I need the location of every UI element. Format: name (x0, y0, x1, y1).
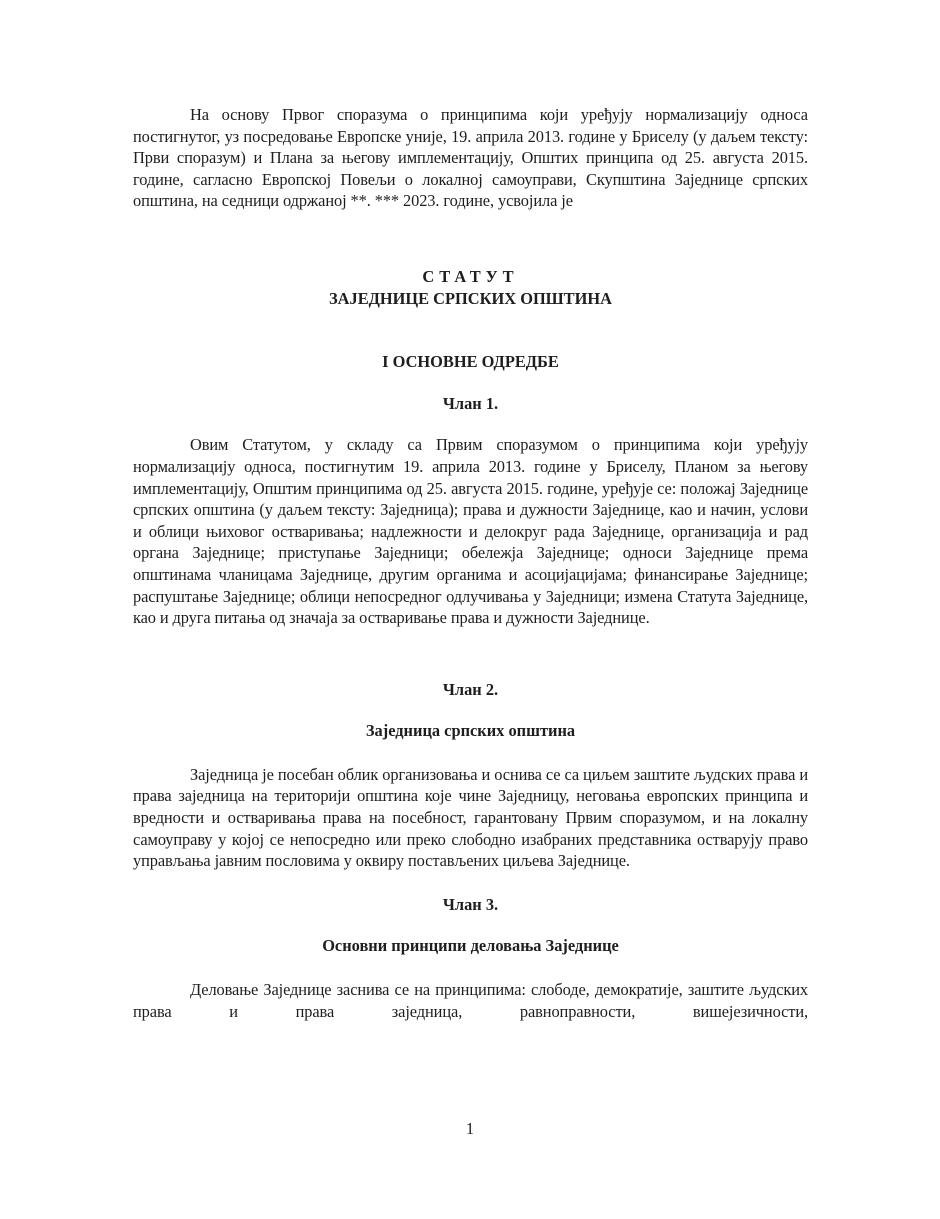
statute-subtitle: ЗАЈЕДНИЦЕ СРПСКИХ ОПШТИНА (133, 288, 808, 310)
article-1-text: Овим Статутом, у складу са Првим споразу… (133, 434, 808, 628)
article-2-number: Члан 2. (133, 679, 808, 701)
section-heading: I ОСНОВНЕ ОДРЕДБЕ (133, 351, 808, 373)
preamble-paragraph: На основу Првог споразума о принципима к… (133, 104, 808, 212)
article-2-heading: Заједница српских општина (133, 720, 808, 742)
document-page: На основу Првог споразума о принципима к… (133, 104, 808, 1022)
statute-title: СТАТУТ (133, 266, 808, 288)
article-3-number: Члан 3. (133, 894, 808, 916)
article-3-text: Деловање Заједнице заснива се на принцип… (133, 979, 808, 1022)
article-1-number: Члан 1. (133, 393, 808, 415)
page-number: 1 (0, 1118, 940, 1140)
article-2-text: Заједница је посебан облик организовања … (133, 764, 808, 872)
article-3-heading: Основни принципи деловања Заједнице (133, 935, 808, 957)
